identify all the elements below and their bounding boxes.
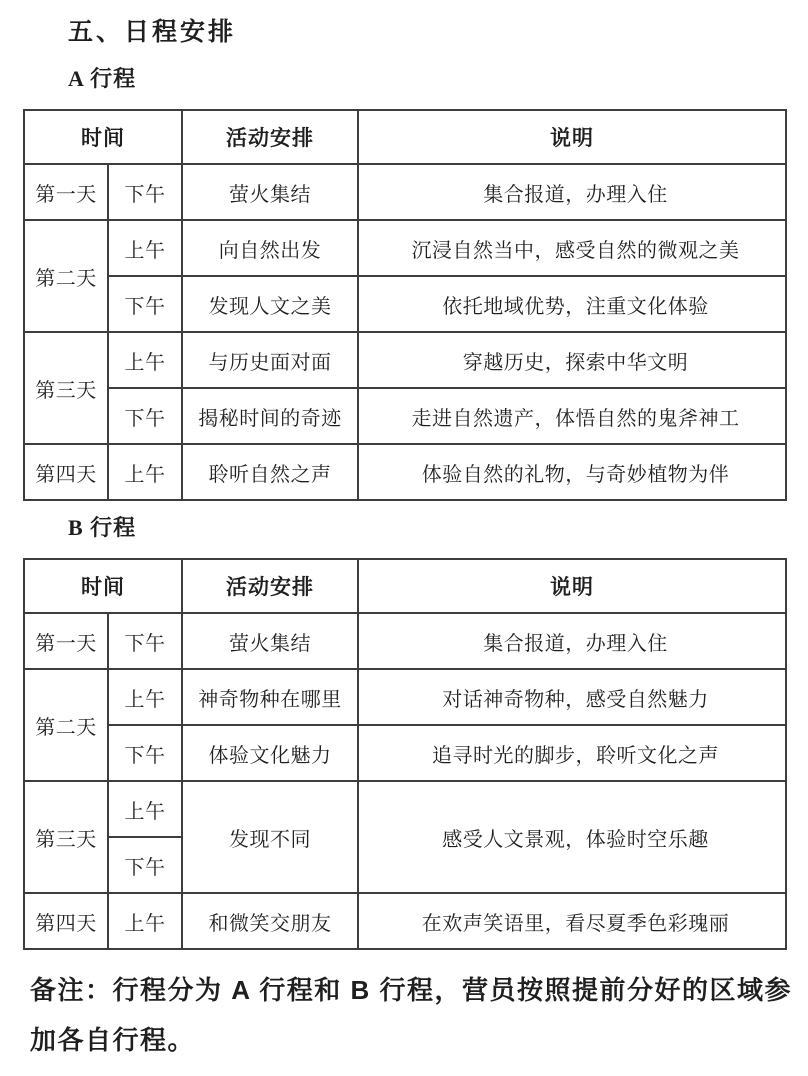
cell-activity: 发现不同	[182, 781, 358, 893]
cell-description: 集合报道，办理入住	[358, 613, 786, 669]
cell-description: 沉浸自然当中，感受自然的微观之美	[358, 220, 786, 276]
cell-day: 第二天	[24, 220, 108, 332]
cell-day: 第一天	[24, 164, 108, 220]
cell-day: 第三天	[24, 332, 108, 444]
table-row: 第四天 上午 聆听自然之声 体验自然的礼物，与奇妙植物为伴	[24, 444, 786, 500]
cell-period: 上午	[108, 332, 182, 388]
cell-period: 上午	[108, 669, 182, 725]
cell-period: 上午	[108, 781, 182, 837]
note-text: 备注：行程分为 A 行程和 B 行程，营员按照提前分好的区域参加各自行程。	[30, 965, 796, 1065]
column-header-time: 时间	[24, 559, 182, 613]
cell-period: 下午	[108, 725, 182, 781]
cell-description: 感受人文景观，体验时空乐趣	[358, 781, 786, 893]
column-header-activity: 活动安排	[182, 110, 358, 164]
table-row: 下午 体验文化魅力 追寻时光的脚步，聆听文化之声	[24, 725, 786, 781]
cell-activity: 神奇物种在哪里	[182, 669, 358, 725]
cell-period: 下午	[108, 276, 182, 332]
cell-activity: 聆听自然之声	[182, 444, 358, 500]
table-row: 第三天 上午 发现不同 感受人文景观，体验时空乐趣	[24, 781, 786, 837]
cell-activity: 萤火集结	[182, 613, 358, 669]
schedule-table-b: 时间 活动安排 说明 第一天 下午 萤火集结 集合报道，办理入住 第二天 上午 …	[23, 558, 787, 950]
cell-day: 第二天	[24, 669, 108, 781]
column-header-time: 时间	[24, 110, 182, 164]
table-header-row: 时间 活动安排 说明	[24, 559, 786, 613]
section-label-itinerary-b: B 行程	[68, 514, 790, 542]
column-header-description: 说明	[358, 559, 786, 613]
table-row: 第二天 上午 神奇物种在哪里 对话神奇物种，感受自然魅力	[24, 669, 786, 725]
cell-period: 下午	[108, 388, 182, 444]
cell-activity: 发现人文之美	[182, 276, 358, 332]
cell-period: 上午	[108, 444, 182, 500]
cell-description: 穿越历史，探索中华文明	[358, 332, 786, 388]
column-header-description: 说明	[358, 110, 786, 164]
cell-period: 上午	[108, 893, 182, 949]
cell-day: 第四天	[24, 893, 108, 949]
table-row: 第二天 上午 向自然出发 沉浸自然当中，感受自然的微观之美	[24, 220, 786, 276]
cell-description: 在欢声笑语里，看尽夏季色彩瑰丽	[358, 893, 786, 949]
cell-period: 上午	[108, 220, 182, 276]
cell-description: 体验自然的礼物，与奇妙植物为伴	[358, 444, 786, 500]
page-title: 五、日程安排	[68, 18, 790, 48]
table-row: 第一天 下午 萤火集结 集合报道，办理入住	[24, 164, 786, 220]
cell-day: 第四天	[24, 444, 108, 500]
cell-period: 下午	[108, 164, 182, 220]
table-row: 下午 揭秘时间的奇迹 走进自然遗产，体悟自然的鬼斧神工	[24, 388, 786, 444]
cell-activity: 萤火集结	[182, 164, 358, 220]
cell-activity: 与历史面对面	[182, 332, 358, 388]
cell-activity: 向自然出发	[182, 220, 358, 276]
cell-period: 下午	[108, 613, 182, 669]
document-page: 五、日程安排 A 行程 时间 活动安排 说明 第一天 下午 萤火集结 集合报道，…	[0, 0, 808, 1076]
cell-description: 集合报道，办理入住	[358, 164, 786, 220]
cell-activity: 揭秘时间的奇迹	[182, 388, 358, 444]
table-row: 第一天 下午 萤火集结 集合报道，办理入住	[24, 613, 786, 669]
column-header-activity: 活动安排	[182, 559, 358, 613]
cell-description: 走进自然遗产，体悟自然的鬼斧神工	[358, 388, 786, 444]
cell-activity: 和微笑交朋友	[182, 893, 358, 949]
section-label-itinerary-a: A 行程	[68, 65, 790, 93]
table-row: 下午 发现人文之美 依托地域优势，注重文化体验	[24, 276, 786, 332]
cell-period: 下午	[108, 837, 182, 893]
table-row: 第三天 上午 与历史面对面 穿越历史，探索中华文明	[24, 332, 786, 388]
cell-description: 追寻时光的脚步，聆听文化之声	[358, 725, 786, 781]
cell-description: 对话神奇物种，感受自然魅力	[358, 669, 786, 725]
cell-day: 第三天	[24, 781, 108, 893]
cell-description: 依托地域优势，注重文化体验	[358, 276, 786, 332]
table-header-row: 时间 活动安排 说明	[24, 110, 786, 164]
cell-day: 第一天	[24, 613, 108, 669]
schedule-table-a: 时间 活动安排 说明 第一天 下午 萤火集结 集合报道，办理入住 第二天 上午 …	[23, 109, 787, 501]
cell-activity: 体验文化魅力	[182, 725, 358, 781]
table-row: 第四天 上午 和微笑交朋友 在欢声笑语里，看尽夏季色彩瑰丽	[24, 893, 786, 949]
